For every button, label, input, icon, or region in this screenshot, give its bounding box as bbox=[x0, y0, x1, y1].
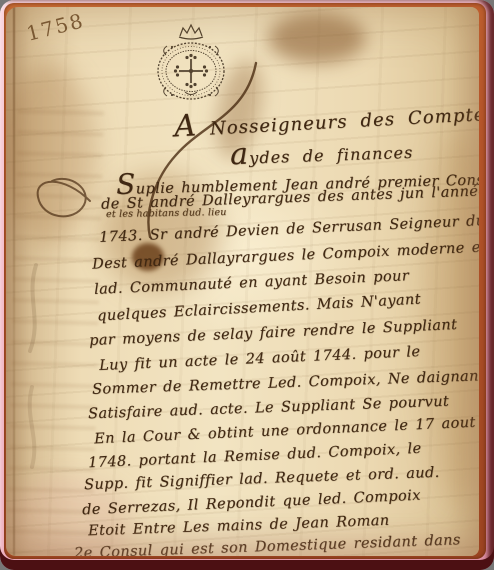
manuscript-page: 1758 bbox=[6, 7, 479, 556]
inner-frame: 1758 bbox=[4, 3, 486, 559]
manuscript-line: lad. Communauté en ayant Besoin pour bbox=[94, 268, 410, 298]
interline-note: et les habitans dud. lieu bbox=[106, 207, 227, 220]
manuscript-line: quelques Eclaircissements. Mais N'ayant bbox=[97, 292, 422, 325]
paper-fold-line bbox=[13, 7, 15, 556]
tax-stamp-icon bbox=[152, 19, 230, 113]
manuscript-line: Sommer de Remettre Led. Compoix, Ne daig… bbox=[92, 368, 479, 398]
stain-overlay bbox=[6, 63, 96, 243]
stain-overlay bbox=[268, 13, 366, 63]
photo-mat: 1758 bbox=[0, 0, 494, 570]
manuscript-line: Luy fit un acte le 24 août 1744. pour le bbox=[99, 344, 421, 374]
year-annotation: 1758 bbox=[24, 8, 87, 46]
manuscript-line: Etoit Entre Les mains de Jean Roman bbox=[88, 513, 390, 540]
manuscript-line: Dest andré Dallayrargues le Compoix mode… bbox=[92, 239, 479, 272]
